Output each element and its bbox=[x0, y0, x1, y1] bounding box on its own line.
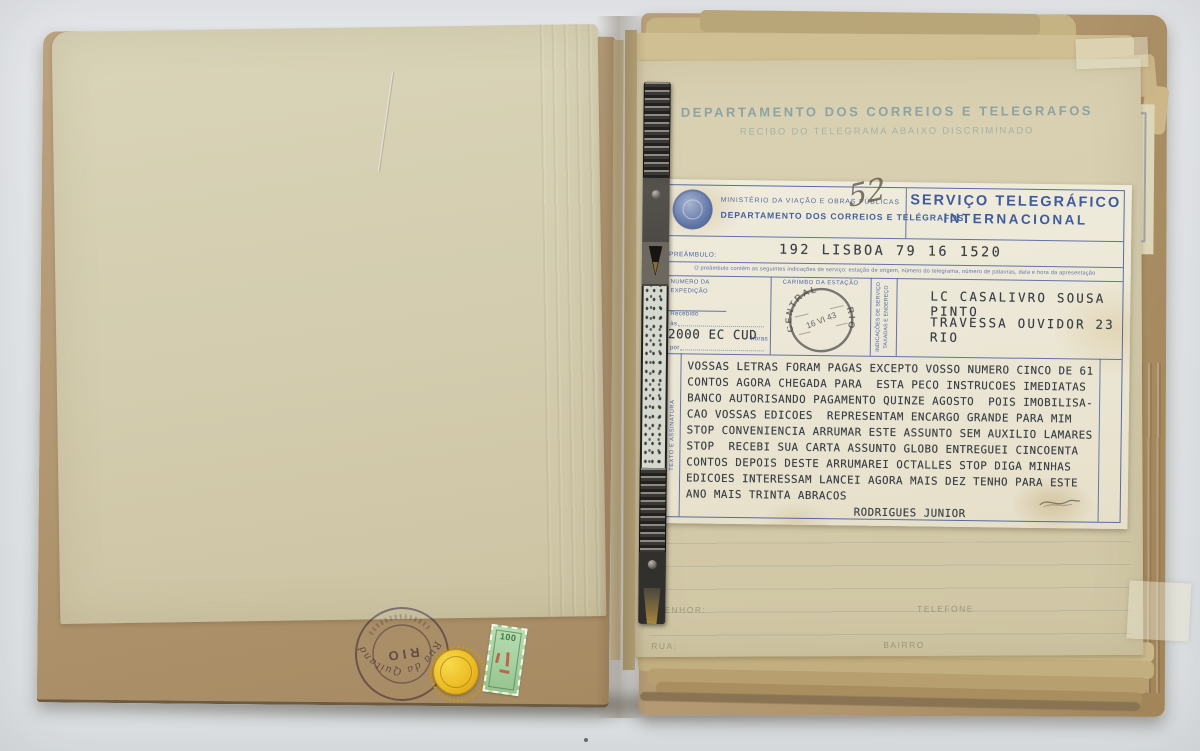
telegram-border: MINISTÉRIO DA VIAÇÃO E OBRAS PÚBLICAS DE… bbox=[663, 184, 1125, 523]
telegram-message: VOSSAS LETRAS FORAM PAGAS EXCEPTO VOSSO … bbox=[679, 353, 1100, 521]
clip-worn-paint bbox=[640, 286, 669, 468]
received-time-value: 2000 EC CUD bbox=[668, 326, 758, 342]
receipt-header: DEPARTAMENTO DOS CORREIOS E TELEGRAFOS bbox=[633, 103, 1141, 120]
service-title-line2: INTERNACIONAL bbox=[907, 210, 1123, 228]
postmark-date: 16 VI 43 bbox=[805, 310, 838, 331]
indicacoes-column: INDICAÇÕES DE SERVIÇO TAXADAS E ENDEREÇO bbox=[870, 278, 898, 356]
horas-label: horas bbox=[751, 335, 768, 342]
service-title-line1: SERVIÇO TELEGRÁFICO bbox=[908, 192, 1124, 211]
form-label-bairro: BAIRRO bbox=[883, 640, 925, 650]
central-rio-postmark: CENTRAL RIO 16 VI 43 bbox=[779, 278, 863, 362]
background-speck bbox=[584, 738, 588, 742]
telegram-body-section: TEXTO E ASSINATURA VOSSAS LETRAS FORAM P… bbox=[664, 353, 1122, 522]
clip-lower-segment bbox=[639, 552, 666, 588]
telegram-header: MINISTÉRIO DA VIAÇÃO E OBRAS PÚBLICAS DE… bbox=[667, 185, 1124, 242]
texto-assinatura-label: TEXTO E ASSINATURA bbox=[667, 355, 677, 515]
brazil-coat-of-arms-icon bbox=[672, 189, 713, 230]
station-stamp-cell: CARIMBO DA ESTAÇÃO CENTRAL RIO bbox=[770, 276, 872, 355]
dotted-line bbox=[680, 349, 764, 351]
paper-stack-top-edge bbox=[700, 10, 1040, 36]
postmark-side-text: RIO bbox=[841, 306, 861, 334]
recebido-cell: Recebido às 2000 EC CUD horas por bbox=[666, 308, 771, 354]
service-title-box: SERVIÇO TELEGRÁFICO INTERNACIONAL bbox=[907, 192, 1123, 228]
telegram-document: MINISTÉRIO DA VIAÇÃO E OBRAS PÚBLICAS DE… bbox=[655, 179, 1131, 529]
ruled-lines bbox=[649, 541, 1131, 655]
preamble-value: 192 LISBOA 79 16 1520 bbox=[779, 242, 1002, 261]
form-label-telefone: TELEFONE bbox=[917, 604, 974, 614]
clip-rivet bbox=[648, 560, 657, 569]
svg-text:RIO: RIO bbox=[841, 306, 861, 334]
indicacoes-vertical-label: INDICAÇÕES DE SERVIÇO TAXADAS E ENDEREÇO bbox=[875, 279, 892, 355]
handwritten-number: 52 bbox=[847, 171, 887, 215]
clip-ribbed-segment bbox=[643, 82, 671, 178]
metal-fastener-clip bbox=[638, 82, 671, 624]
form-label-rua: RUA: bbox=[651, 641, 677, 651]
numero-expedicao-label: NUMERO DA EXPEDIÇÃO bbox=[666, 275, 726, 312]
photo-of-open-document-folder: DEPARTAMENTO DOS CORREIOS E TELEGRAFOS R… bbox=[0, 0, 1200, 751]
left-blank-page bbox=[52, 24, 607, 624]
telegram-middle-section: NUMERO DA EXPEDIÇÃO Recebido às 2000 EC … bbox=[666, 275, 1123, 360]
clip-brass-tail bbox=[643, 588, 660, 624]
tape-piece bbox=[1075, 37, 1148, 69]
recebido-label: Recebido bbox=[670, 310, 699, 317]
expedition-column: NUMERO DA EXPEDIÇÃO Recebido às 2000 EC … bbox=[666, 275, 772, 354]
clip-ribbed-segment bbox=[639, 468, 667, 552]
pen-squiggle bbox=[1038, 497, 1082, 510]
tape-piece bbox=[1127, 580, 1192, 641]
por-label: por bbox=[670, 344, 680, 351]
address-cell: LC CASALIVRO SOUSA PINTO TRAVESSA OUVIDO… bbox=[896, 278, 1123, 359]
receipt-subheader: RECIBO DO TELEGRAMA ABAIXO DISCRIMINADO bbox=[633, 125, 1141, 138]
clip-rivet bbox=[652, 190, 661, 199]
page-crease bbox=[378, 72, 394, 173]
preamble-label: PREÂMBULO: bbox=[669, 251, 717, 259]
gold-foil-seal bbox=[433, 649, 479, 695]
address-line2: TRAVESSA OUVIDOR 23 RIO bbox=[930, 315, 1122, 348]
